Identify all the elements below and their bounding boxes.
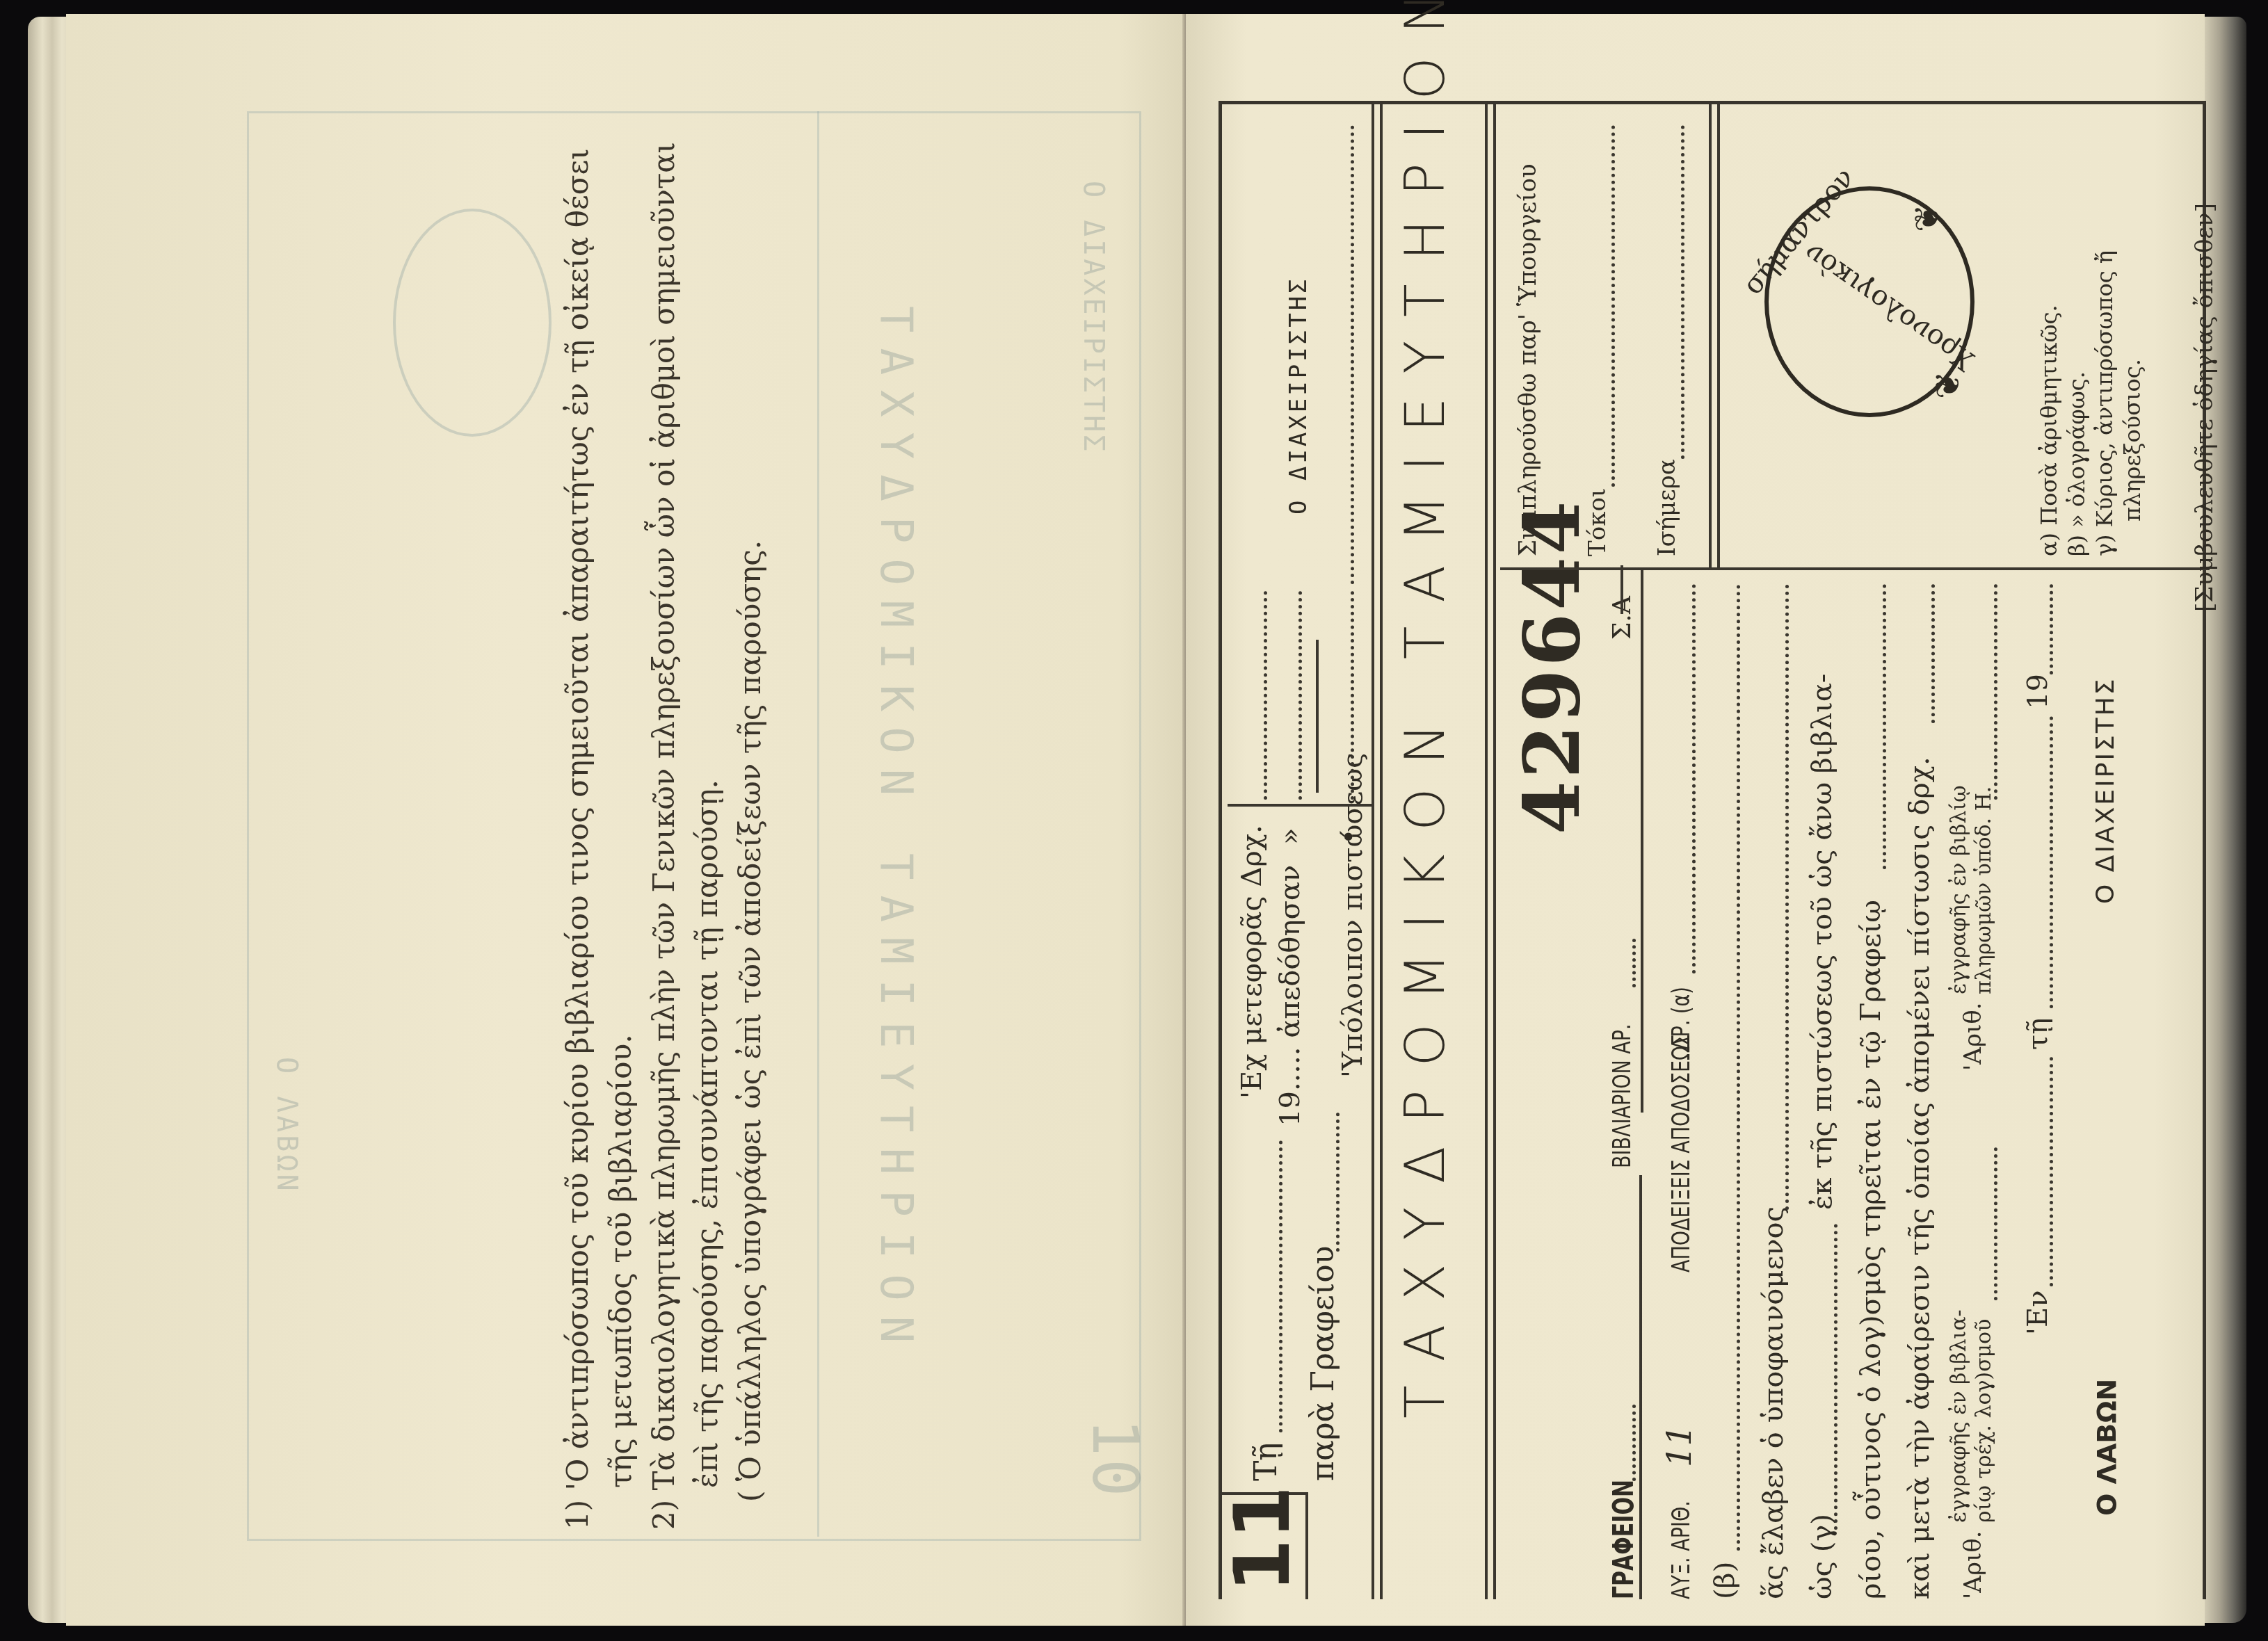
booklet-underline (1641, 570, 1643, 1113)
office-field-input[interactable] (1632, 1405, 1636, 1481)
office-field[interactable] (1336, 1113, 1340, 1252)
place-label: 'Εν (2022, 1290, 2054, 1335)
amount-words-field[interactable] (1737, 584, 1740, 1551)
credit-text: ἐκ τῆς πιστώσεως τοῦ ὡς ἄνω βιβλια- (1806, 674, 1838, 1210)
stamp-ornament-icon: ❦ (1908, 204, 1947, 232)
day-label: τῇ (2022, 1018, 2054, 1050)
instructions-notes: 1) 'Ο ἀντιπρόσωπος τοῦ κυρίου βιβλιαρίου… (556, 97, 744, 1530)
received-line: ἅς ἔλαβεν ὁ ὑποφαινόμενος (1758, 1206, 1790, 1599)
recipient-field[interactable] (1785, 584, 1789, 1210)
date-stamp-circle: σήμαντρον Χρονολογικὸν ❦ ❦ (1764, 186, 1975, 417)
reg-left-line1: ἐγγραφῆς ἐν βιβλια- (1947, 1309, 1971, 1523)
reg-left-label: 'Αριθ. (1959, 1531, 1987, 1600)
footnote-c: γ) Κύριος, ἀντιπρόσωπος ἤ (2091, 250, 2118, 556)
note-1: 1) 'Ο ἀντιπρόσωπος τοῦ κυρίου βιβλιαρίου… (556, 97, 600, 1530)
amount-numeric-field[interactable] (1692, 584, 1696, 973)
manager-signature-label: Ο ΔΙΑΧΕΙΡΙΣΤΗΣ (2091, 677, 2120, 904)
interest-rule (1709, 104, 1712, 570)
dr-label: ΔΡ. (α) (1667, 987, 1696, 1050)
date-label: Τῇ (1248, 1442, 1284, 1481)
paid-label: 19..... ἀπεδόθησαν (1274, 865, 1306, 1126)
interest-field[interactable] (1611, 125, 1615, 487)
balance-line: καὶ μετὰ τὴν ἀφαίρεσιν τῆς ὁποίας ἀπομέν… (1904, 757, 1936, 1599)
reg-left-line2: ρίῳ τρέχ. λογ)σμοῦ (1972, 1319, 1996, 1523)
office-field-label: ΓΡΑΦΕΙΟΝ (1608, 1480, 1640, 1599)
ghost-label-recipient: Ο ΛΑΒΩΝ (271, 1057, 303, 1194)
form-title: ΤΑΧΥΔΡΟΜΙΚΟΝ ΤΑΜΙΕΥΤΗΡΙΟΝ (1394, 0, 1457, 1418)
title-rule-top (1372, 104, 1374, 1599)
equal-days-label: Ισήμερα (1653, 459, 1681, 556)
stamp-text-bottom: Χρονολογικὸν (1798, 236, 1979, 376)
day-field[interactable] (2050, 716, 2053, 1008)
receipt-ref-label: ΑΥΞ. ΑΡΙΘ. (1667, 1501, 1696, 1599)
equal-days-field[interactable] (1681, 125, 1684, 459)
note-2-cont: ἐπὶ τῆς παρούσης, ἐπισυνάπτονται τῇ παρο… (686, 97, 729, 1530)
title-rule-bottom (1485, 104, 1488, 1599)
ghost-number: 10 (1078, 1418, 1151, 1499)
footnote-a: α) Ποσὰ ἀριθμητικῶς. (2036, 305, 2062, 556)
title-rule-top-2 (1380, 104, 1383, 1599)
account-line: ρίου, οὗτινος ὁ λογ)σμὸς τηρεῖται ἐν τῷ … (1855, 900, 1887, 1599)
office-underline (1639, 1175, 1642, 1599)
stamp-ornament-icon-2: ❦ (1929, 371, 1968, 399)
ghost-stamp-circle (393, 209, 552, 437)
recipient-signature-label: Ο ΛΑΒΩΝ (2091, 1379, 2122, 1516)
beta-label: (β) (1709, 1562, 1741, 1599)
ghost-label-manager: Ο ΔΙΑΧΕΙΡΙΣΤΗΣ (1077, 181, 1109, 454)
paid-mark: » (1274, 828, 1306, 845)
reg-left-field[interactable] (1994, 1147, 1997, 1300)
footnote-c-cont: πληρεξούσιος. (2119, 359, 2146, 522)
capacity-field[interactable] (1834, 1224, 1837, 1530)
place-field[interactable] (2050, 1057, 2053, 1286)
remaining-label: 'Υπόλοιπον πιστώσεως (1337, 753, 1369, 1078)
note-2: 2) Τὰ δικαιολογητικὰ πληρωμῆς πλὴν τῶν Γ… (643, 97, 686, 1530)
see-instructions-note: [Συμβουλευθῆτε ὁδηγίας ὄπισθεν] (2191, 125, 2219, 612)
carry-forward-amount[interactable] (1264, 591, 1267, 800)
interest-rule-2 (1717, 104, 1720, 570)
receipt-form: 11 Τῇ παρὰ Γραφείου 'Εχ μετεφορᾶς Δρχ. 1… (1219, 101, 2206, 1599)
date-field[interactable] (1279, 1140, 1282, 1432)
carry-forward-label: 'Εχ μετεφορᾶς Δρχ. (1236, 825, 1268, 1099)
remaining-mark: • (1333, 828, 1365, 845)
reg-right-label: 'Αριθ. (1959, 1003, 1987, 1072)
interest-label: Τόκοι (1584, 488, 1611, 556)
note-3: ( Ὁ ὑπάλληλος ὑπογράφει ὡς ἐπὶ τῶν ἀποδε… (729, 97, 772, 1530)
account-office-field[interactable] (1883, 584, 1886, 869)
receipts-label: ΑΠΟΔΕΙΞΕΙΣ ΑΠΟΔΟΣΕΩΣ (1667, 1034, 1696, 1272)
manager-signature-top[interactable] (1351, 125, 1354, 584)
reg-right-line2: πληρωμῶν ὑπόδ. Η. (1972, 786, 1996, 994)
ghost-divider (817, 111, 819, 1537)
entry-number-box: 11 (1222, 1492, 1308, 1599)
footnote-b: β) » ὁλογράφως. (2064, 371, 2090, 556)
receipt-ref-value[interactable]: 11 (1660, 1425, 1699, 1467)
top-divider (1228, 804, 1374, 807)
sum-line (1316, 640, 1319, 793)
interest-divider (1500, 567, 2210, 570)
reg-right-line1: ἐγγραφῆς ἐν βιβλίῳ (1947, 785, 1971, 994)
manager-label-top: Ο ΔΙΑΧΕΙΡΙΣΤΗΣ (1285, 276, 1312, 515)
reg-right-field[interactable] (1994, 584, 1997, 800)
remaining-amount[interactable] (1351, 591, 1354, 800)
booklet-label: ΒΙΒΛΙΑΡΙΟΝ ΑΡ. (1608, 1024, 1636, 1168)
year-label: 19 (2022, 674, 2054, 709)
supplement-label: Συμπληρούσθω παρ' Ὑπουργείου (1514, 163, 1542, 556)
note-1-cont: τῆς μετωπίδος τοῦ βιβλιαρίου. (600, 97, 643, 1530)
title-rule-bottom-2 (1493, 104, 1496, 1599)
booklet-number-field[interactable] (1632, 939, 1636, 987)
paid-amount[interactable] (1298, 591, 1302, 800)
office-label: παρὰ Γραφείου (1305, 1246, 1341, 1481)
balance-field[interactable] (1931, 584, 1935, 723)
ghost-title: ΤΑΧΥΔΡΟΜΙΚΟΝ ΤΑΜΙΕΥΤΗΡΙΟΝ (870, 306, 922, 1358)
year-field[interactable] (2050, 584, 2053, 674)
